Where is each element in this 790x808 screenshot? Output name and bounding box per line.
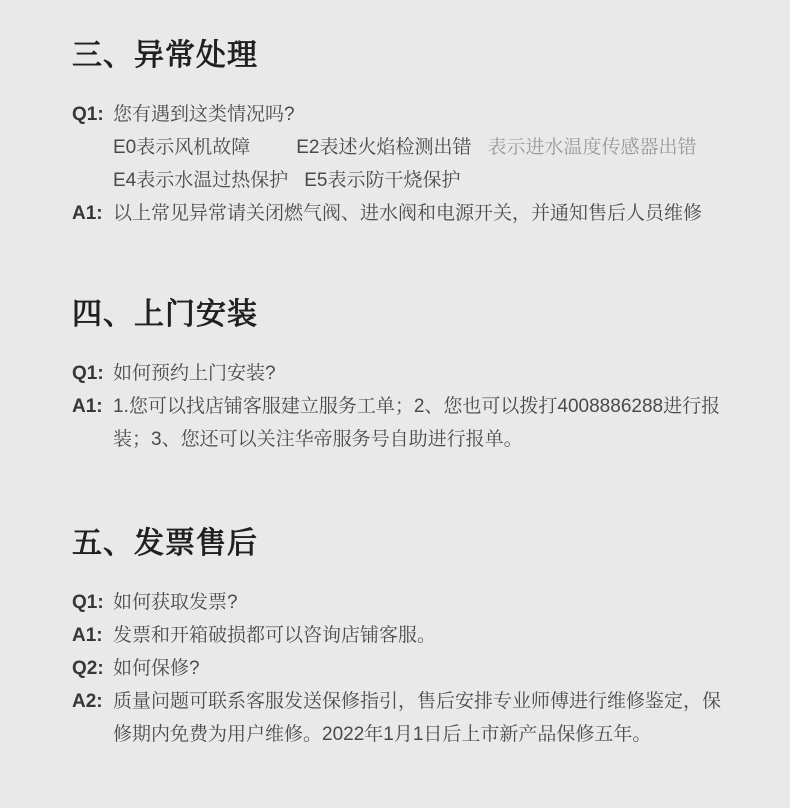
- question-label: Q1:: [72, 586, 113, 619]
- answer-text: 发票和开箱破损都可以咨询店铺客服。: [113, 619, 721, 652]
- section-heading-abnormal: 三、异常处理: [72, 38, 726, 74]
- qa-question-row: Q2: 如何保修?: [72, 652, 726, 685]
- answer-label: A1:: [72, 390, 113, 423]
- question-text: 如何保修?: [113, 652, 721, 685]
- error-codes-row-1: E0表示风机故障E2表述火焰检测出错表示进水温度传感器出错: [72, 131, 726, 164]
- answer-label: A1:: [72, 197, 113, 230]
- answer-text: 质量问题可联系客服发送保修指引，售后安排专业师傅进行维修鉴定，保修期内免费为用户…: [113, 685, 721, 751]
- section-invoice-aftersales: 五、发票售后 Q1: 如何获取发票? A1: 发票和开箱破损都可以咨询店铺客服。…: [72, 526, 726, 751]
- section-heading-invoice: 五、发票售后: [72, 526, 726, 562]
- error-code-e0: E0表示风机故障: [113, 137, 250, 158]
- question-text: 您有遇到这类情况吗?: [113, 98, 721, 131]
- error-code-e2: E2表述火焰检测出错: [296, 137, 471, 158]
- answer-text: 以上常见异常请关闭燃气阀、进水阀和电源开关，并通知售后人员维修: [113, 197, 721, 230]
- answer-label: A1:: [72, 619, 113, 652]
- qa-answer-row: A1: 1.您可以找店铺客服建立服务工单；2、您也可以拨打4008886288进…: [72, 390, 726, 456]
- section-heading-installation: 四、上门安装: [72, 297, 726, 333]
- qa-question-row: Q1: 如何预约上门安装?: [72, 357, 726, 390]
- qa-question-row: Q1: 如何获取发票?: [72, 586, 726, 619]
- error-code-e3-faded: 表示进水温度传感器出错: [488, 137, 697, 158]
- question-label: Q1:: [72, 98, 113, 131]
- qa-answer-row: A1: 发票和开箱破损都可以咨询店铺客服。: [72, 619, 726, 652]
- error-code-e5: E5表示防干烧保护: [304, 170, 460, 191]
- qa-answer-row: A1: 以上常见异常请关闭燃气阀、进水阀和电源开关，并通知售后人员维修: [72, 197, 726, 230]
- faq-page: 三、异常处理 Q1: 您有遇到这类情况吗? E0表示风机故障E2表述火焰检测出错…: [0, 0, 790, 808]
- question-text: 如何获取发票?: [113, 586, 721, 619]
- error-codes-line-2: E4表示水温过热保护E5表示防干烧保护: [113, 164, 721, 197]
- error-codes-row-2: E4表示水温过热保护E5表示防干烧保护: [72, 164, 726, 197]
- question-label: Q2:: [72, 652, 113, 685]
- error-code-e4: E4表示水温过热保护: [113, 170, 288, 191]
- qa-answer-row: A2: 质量问题可联系客服发送保修指引，售后安排专业师傅进行维修鉴定，保修期内免…: [72, 685, 726, 751]
- question-label: Q1:: [72, 357, 113, 390]
- section-installation: 四、上门安装 Q1: 如何预约上门安装? A1: 1.您可以找店铺客服建立服务工…: [72, 297, 726, 456]
- qa-question-row: Q1: 您有遇到这类情况吗?: [72, 98, 726, 131]
- error-codes-line-1: E0表示风机故障E2表述火焰检测出错表示进水温度传感器出错: [113, 131, 721, 164]
- answer-text: 1.您可以找店铺客服建立服务工单；2、您也可以拨打4008886288进行报装；…: [113, 390, 721, 456]
- section-abnormal-handling: 三、异常处理 Q1: 您有遇到这类情况吗? E0表示风机故障E2表述火焰检测出错…: [72, 38, 726, 230]
- question-text: 如何预约上门安装?: [113, 357, 721, 390]
- answer-label: A2:: [72, 685, 113, 718]
